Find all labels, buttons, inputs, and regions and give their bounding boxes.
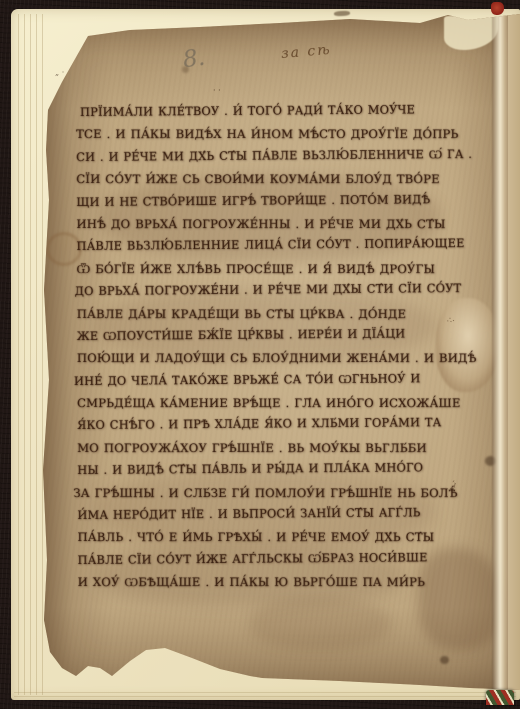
manuscript-text-block: прїима́ли кле́твоу . и́ того́ ради́ та́к… (76, 100, 482, 594)
spine-endband-bottom (486, 690, 514, 705)
dark-stain (250, 598, 390, 650)
manuscript-text-line: щи и не ство́рише игрѣ́ твори́ще . пото́… (76, 187, 472, 212)
manuscript-text-line: си . и ре́че ми дх́ь ст́ы па́вле вьзлю́б… (76, 143, 472, 168)
page-edge-lines-bottom (14, 689, 516, 699)
manuscript-text-line: и хоу́ ѡбѣща́ше . и па́кы ю вьрго́ше па … (78, 571, 482, 593)
pencil-dots: · · (213, 86, 221, 95)
spine-endband-top (491, 2, 504, 15)
manuscript-text-line: сїи со́ут и́же сь свои́ми коума́ми блоу́… (76, 168, 480, 190)
dot-stain (440, 656, 449, 664)
manuscript-text-line: па́вле вьзлю́бленние лица́ сїи со́ут . п… (76, 232, 472, 257)
manuscript-text-line: я́ко снѣ́го . и прѣ хла́де я́ко и хль́ми… (77, 411, 473, 436)
manuscript-text-line: ны . и видѣ́ ст́ы па́вль и ры́да и пла́к… (77, 456, 473, 481)
left-margin-pencil-marks: „ · (55, 68, 64, 77)
manuscript-text-line: же ѡпоусти́ше бж́їе цр́квы . иере́и и дї… (77, 322, 473, 347)
page-edge-lines-left (13, 14, 43, 695)
pencil-folio-number: 8. (181, 45, 206, 73)
manuscript-photo: 8. за сѣ „ · · · ∴· ʼı прїима́ли кле́тво… (0, 0, 520, 709)
manuscript-text-line: прїима́ли кле́твоу . и́ того́ ради́ та́к… (80, 98, 472, 123)
manuscript-text-line: па́вле сїи со́ут и́же агѓльскы ѡ́браз но… (78, 546, 474, 572)
manuscript-text-line: ине́ до чела́ тако́же врьже́ са то́и ѡгн… (74, 367, 473, 393)
torn-corner-flake (444, 16, 498, 50)
manuscript-text-line: и́ма неро́дит нїе . и вьпроси́ занїи́ ст… (77, 501, 473, 526)
adjacent-page-edge (508, 14, 520, 692)
manuscript-text-line: до врьха́ погроуже́ни . и ре́че ми дх́ы … (75, 277, 473, 303)
